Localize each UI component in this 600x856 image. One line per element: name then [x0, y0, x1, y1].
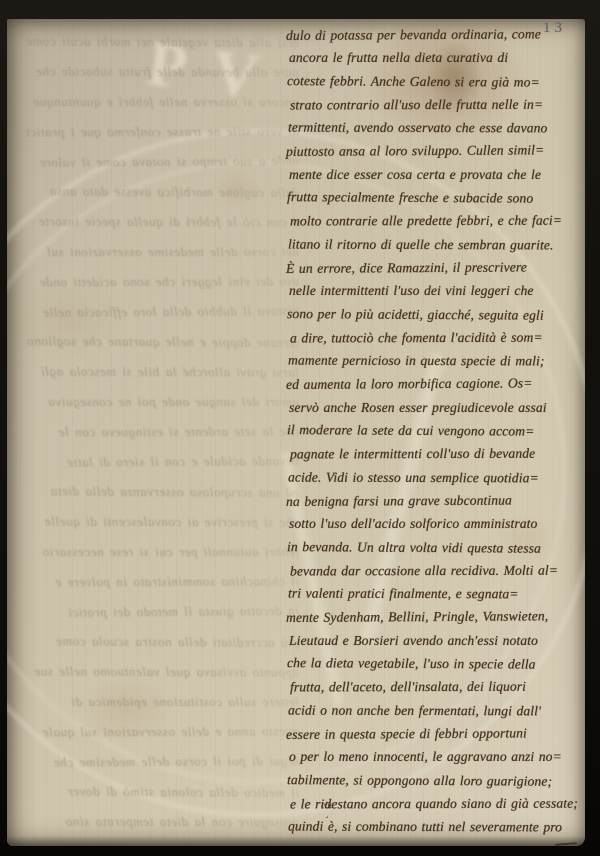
verso-bleedthrough-text: ersi alla dieta vegetale nei morbi acuti…: [11, 27, 299, 837]
manuscript-line: dulo di potassa per bevanda ordinaria, c…: [286, 22, 582, 47]
manuscript-line: che la dieta vegetabile, l'uso in specie…: [287, 651, 583, 676]
verso-bleedthrough-line: nel corso delle medesime osservazioni su…: [11, 237, 299, 267]
verso-bleedthrough-line: pure alla bevanda delle frutta subacide …: [11, 56, 299, 87]
manuscript-line: ancora le frutta nella dieta curativa di: [289, 46, 585, 69]
verso-bleedthrough-line: febbri autunnali per cui si rese necessa…: [11, 537, 299, 567]
page-number: 13: [543, 20, 566, 37]
scanned-manuscript-screenshot: { "page": { "number": "13" }, "watermark…: [0, 0, 600, 856]
verso-bleedthrough-line: questo anno e delle osservazioni sul qua…: [11, 716, 299, 747]
manuscript-line: mamente pernicioso in questa specie di m…: [288, 349, 584, 373]
verso-bleedthrough-line: farsi gravi allorché la bile si mescola …: [11, 356, 299, 387]
manuscript-line: bevanda dar occasione alla recidiva. Mol…: [290, 558, 585, 582]
manuscript-line: nelle intermittenti l'uso dei vini legge…: [289, 279, 585, 302]
verso-bleedthrough-line: il chinachina somministrato in polvere e: [11, 566, 299, 597]
manuscript-line: sono per lo più acidetti, giacché, segui…: [287, 302, 583, 327]
verso-bleedthrough-line: onde a suo tempo si notava come il valor…: [11, 146, 299, 178]
verso-bleedthrough-line: e con ciò le febbri di quella specie ins…: [11, 206, 299, 237]
manuscript-line: na benigna farsi una grave subcontinua: [286, 488, 582, 513]
manuscript-line: mente dice esser cosa certa e provata ch…: [289, 163, 585, 186]
verso-bleedthrough-line: che la sete ardente si estingueva con le: [11, 416, 299, 447]
verso-bleedthrough-line: che si prescrive ai convalescenti di que…: [11, 506, 299, 537]
manuscript-line: a dire, tuttociò che fomenta l'acidità è…: [290, 325, 585, 349]
manuscript-page: PV ersi alla dieta vegetale nei morbi ac…: [7, 19, 585, 846]
manuscript-text-block: dulo di potassa per bevanda ordinaria, c…: [287, 23, 583, 838]
verso-bleedthrough-line: appunto avvisava quel valentuomo nelle s…: [11, 656, 299, 687]
verso-bleedthrough-line: bevande acidule e con il siero di latte: [11, 446, 299, 478]
verso-bleedthrough-line: umori del sangue onde poi ne conseguiva: [11, 387, 299, 417]
verso-bleedthrough-line: terzane doppie e nelle quartane che sogl…: [11, 326, 299, 358]
manuscript-line: tabilmente, si oppongono alla loro guari…: [287, 768, 583, 793]
catchword-underline: [555, 842, 577, 846]
interline-insertion: che ‸: [321, 801, 334, 816]
manuscript-line: il moderare la sete da cui vengono accom…: [287, 418, 583, 443]
verso-bleedthrough-layer: ersi alla dieta vegetale nei morbi acuti…: [11, 27, 299, 839]
verso-bleedthrough-line: in decotto giusta il metodo dei pratici: [11, 596, 299, 628]
verso-bleedthrough-line: più accreditati della nostra scuola come: [11, 626, 299, 658]
manuscript-line: È un errore, dice Ramazzini, il prescriv…: [286, 255, 582, 280]
manuscript-line: servò anche Rosen esser pregiudicevole a…: [289, 396, 585, 419]
manuscript-line: acide. Vidi io stesso una semplice quoti…: [288, 465, 584, 489]
manuscript-line: pagnate le intermittenti coll'uso di bev…: [290, 442, 585, 466]
manuscript-line: o per lo meno innocenti, le aggravano an…: [289, 745, 585, 768]
manuscript-line: molto contrarie alle predette febbri, e …: [290, 209, 585, 233]
manuscript-line: e le ridestano ancora quando siano di gi…: [290, 791, 585, 815]
manuscript-line: termittenti, avendo osservato che esse d…: [288, 116, 584, 140]
manuscript-line: ed aumenta la loro morbifica cagione. Os…: [286, 372, 582, 397]
verso-bleedthrough-line: proseguire con la dieta temperata sino: [11, 806, 299, 837]
manuscript-line: strato contrario all'uso delle frutta ne…: [290, 92, 585, 116]
insertion-caret-icon: ‸: [321, 810, 334, 816]
verso-bleedthrough-line: lettere sulla costituzione epidemica di: [11, 687, 299, 717]
manuscript-line: acidi o non anche ben fermentati, lungi …: [288, 698, 584, 722]
manuscript-line: piuttosto ansa al loro sviluppo. Cullen …: [286, 139, 582, 164]
manuscript-line: litano il ritorno di quelle che sembran …: [288, 232, 584, 256]
manuscript-line: frutta specialmente fresche e subacide s…: [287, 185, 583, 210]
manuscript-line: in bevanda. Un altra volta vidi questa s…: [287, 535, 583, 560]
verso-bleedthrough-line: seguì di poi il corso delle medesime che: [11, 746, 299, 778]
verso-bleedthrough-line: restava il dubbio della loro efficacia n…: [11, 296, 299, 328]
manuscript-line: Lieutaud e Borsieri avendo anch'essi not…: [289, 629, 585, 652]
verso-bleedthrough-line: ancora si osserva nelle febbri e quantun…: [11, 87, 299, 117]
manuscript-line: sotto l'uso dell'acido solforico amminis…: [289, 512, 585, 535]
manuscript-line: tri valenti pratici finalmente, e segnat…: [288, 582, 584, 606]
manuscript-line: frutta, dell'aceto, dell'insalata, dei l…: [290, 675, 585, 699]
verso-bleedthrough-line: ersi alla dieta vegetale nei morbi acuti…: [11, 27, 299, 58]
manuscript-line: coteste febbri. Anche Galeno si era già …: [287, 69, 583, 94]
verso-bleedthrough-line: ed una scrupolosa osservanza della dieta: [11, 476, 299, 508]
verso-bleedthrough-line: della cagione morbifica avesse dato ansa: [11, 176, 299, 208]
manuscript-line: mente Sydenham, Bellini, Pringle, Vanswi…: [286, 604, 582, 629]
verso-bleedthrough-line: il medico della colonia stimò di dover: [11, 776, 299, 808]
verso-bleedthrough-line: di vero stile ne trasse conferma que i p…: [11, 116, 299, 147]
manuscript-line: quindi è, si combinano tutti nel severam…: [288, 815, 584, 839]
manuscript-line: essere in questa specie di febbri opport…: [286, 721, 582, 746]
verso-bleedthrough-line: uso dei vini leggeri che sono acidetti o…: [11, 266, 299, 297]
